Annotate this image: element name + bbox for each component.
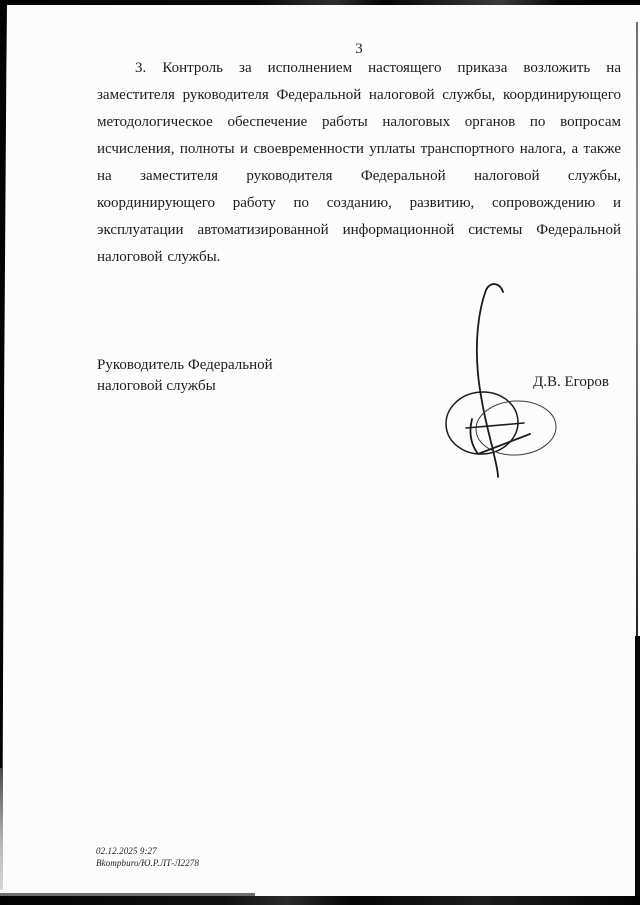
footer-datetime: 02.12.2025 9:27 — [96, 846, 199, 858]
footer-stamp: 02.12.2025 9:27 Вkompburo/Ю.Р.ЛТ-Л2278 — [96, 846, 199, 869]
scan-edge-top — [0, 0, 640, 5]
scan-edge-bottom — [0, 896, 640, 905]
scan-edge-right-line — [636, 22, 638, 640]
signer-position-line2: налоговой службы — [97, 376, 273, 397]
scan-edge-right-bar — [635, 636, 640, 905]
scanned-document-page: 3 3. Контроль за исполнением настоящего … — [0, 0, 640, 905]
signer-position-line1: Руководитель Федеральной — [97, 355, 273, 376]
scan-edge-left-fade — [0, 768, 3, 890]
footer-registration-number: Вkompburo/Ю.Р.ЛТ-Л2278 — [96, 858, 199, 870]
signer-name: Д.В. Егоров — [533, 374, 609, 391]
signer-position-title: Руководитель Федеральной налоговой служб… — [97, 355, 273, 397]
order-control-paragraph: 3. Контроль за исполнением настоящего пр… — [97, 55, 621, 271]
scan-edge-left — [0, 0, 9, 772]
